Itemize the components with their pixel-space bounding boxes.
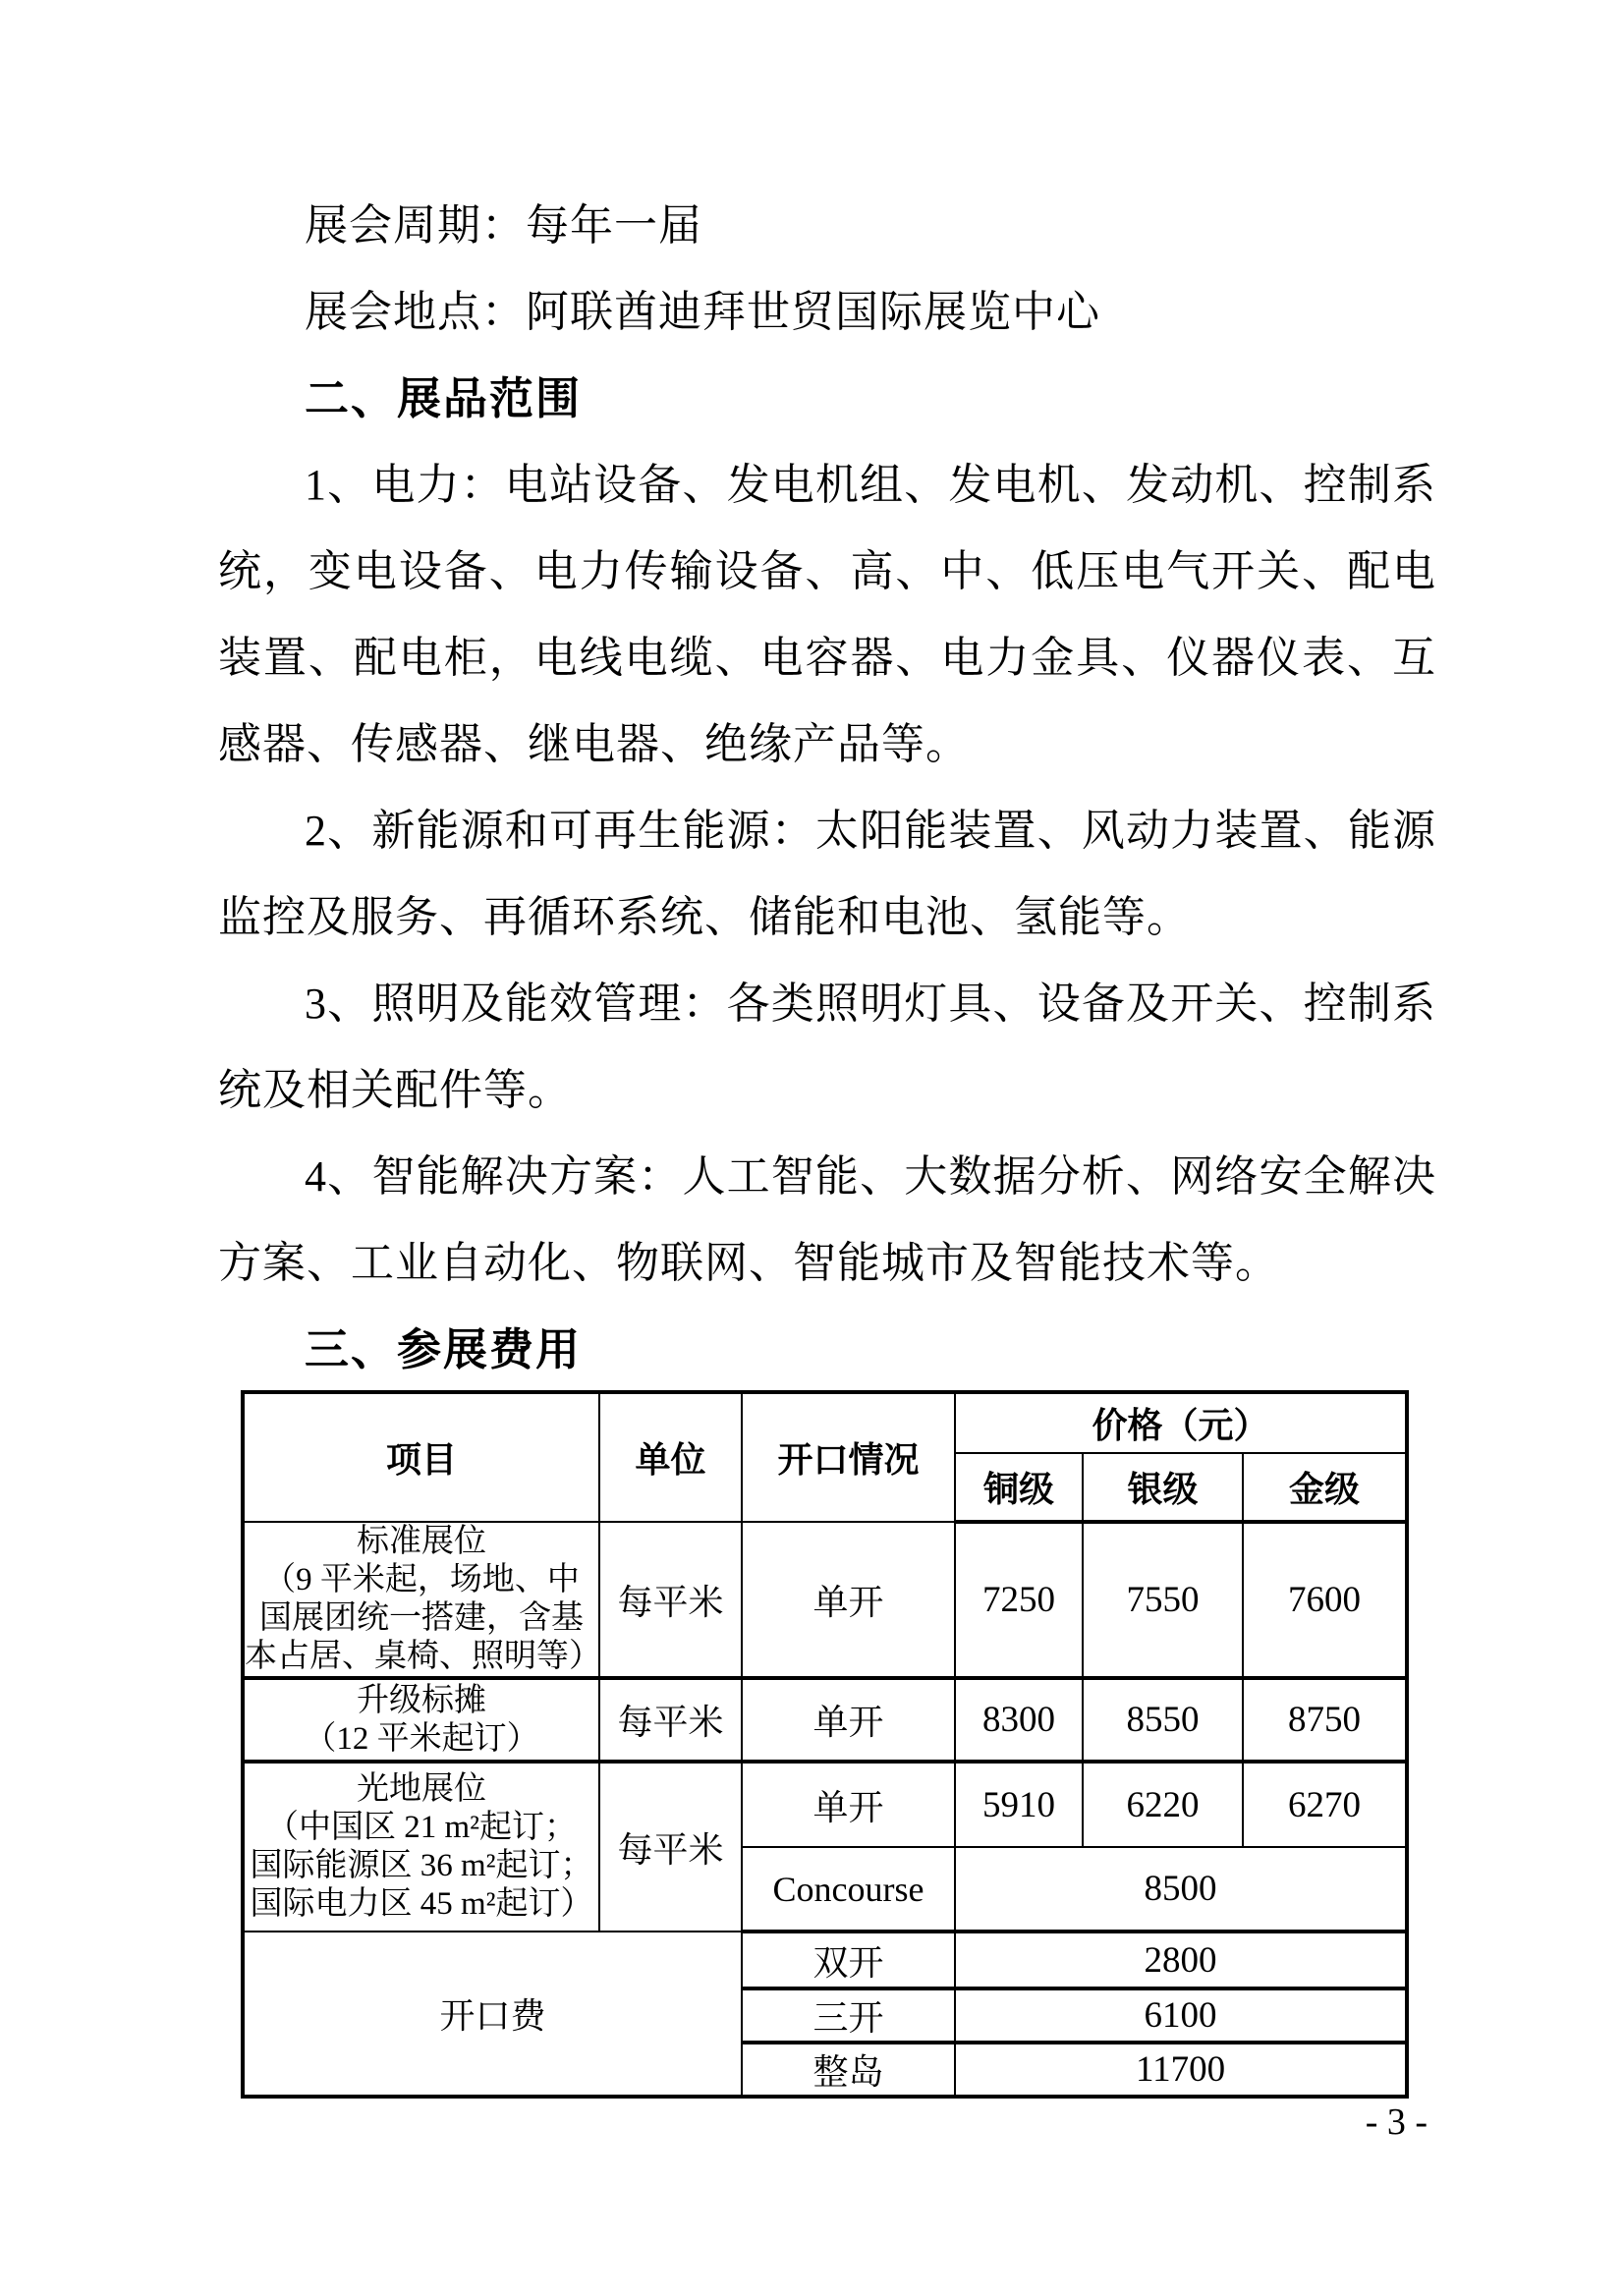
cell-concourse-label: Concourse [742,1847,955,1932]
cell-opening-fee-item: 开口费 [243,1932,742,2097]
table-row-raw-space-single: 光地展位 （中国区 21 m²起订； 国际能源区 36 m²起订； 国际电力区 … [243,1762,1407,1847]
cell-standard-item: 标准展位 （9 平米起，场地、中 国展团统一搭建，含基 本占居、桌椅、照明等） [243,1522,599,1678]
cell-triple-label: 三开 [742,1988,955,2043]
cell-upgraded-unit: 每平米 [599,1678,742,1762]
cell-upgraded-bronze: 8300 [955,1678,1083,1762]
header-cell-price-group: 价格（元） [955,1392,1407,1453]
scope-item-lighting: 3、照明及能效管理：各类照明灯具、设备及开关、控制系统及相关配件等。 [218,961,1436,1134]
scope-item-smart: 4、智能解决方案：人工智能、大数据分析、网络安全解决方案、工业自动化、物联网、智… [218,1134,1436,1307]
cell-island-label: 整岛 [742,2043,955,2097]
header-cell-gold: 金级 [1243,1453,1407,1522]
document-page: 展会周期：每年一届 展会地点：阿联酋迪拜世贸国际展览中心 二、展品范围 1、电力… [0,0,1624,2296]
cell-standard-opening: 单开 [742,1522,955,1678]
cell-upgraded-opening: 单开 [742,1678,955,1762]
section-heading-scope: 二、展品范围 [218,356,1436,442]
cell-triple-price: 6100 [955,1988,1407,2043]
page-number: - 3 - [1366,2093,1428,2152]
header-cell-unit: 单位 [599,1392,742,1522]
cell-upgraded-silver: 8550 [1083,1678,1243,1762]
cell-raw-gold: 6270 [1243,1762,1407,1847]
cell-standard-unit: 每平米 [599,1522,742,1678]
fee-table: 项目 单位 开口情况 价格（元） 铜级 银级 金级 标准展位 （9 平米起，场地… [241,1390,1409,2099]
cell-raw-bronze: 5910 [955,1762,1083,1847]
header-cell-bronze: 铜级 [955,1453,1083,1522]
cell-concourse-price: 8500 [955,1847,1407,1932]
cell-raw-silver: 6220 [1083,1762,1243,1847]
exhibition-location-line: 展会地点：阿联酋迪拜世贸国际展览中心 [218,269,1436,356]
cell-upgraded-gold: 8750 [1243,1678,1407,1762]
table-row-opening-fee-double: 开口费 双开 2800 [243,1932,1407,1988]
cell-standard-bronze: 7250 [955,1522,1083,1678]
cell-raw-opening: 单开 [742,1762,955,1847]
table-header-row-1: 项目 单位 开口情况 价格（元） [243,1392,1407,1453]
table-row-upgraded-booth: 升级标摊 （12 平米起订） 每平米 单开 8300 8550 8750 [243,1678,1407,1762]
cell-raw-item: 光地展位 （中国区 21 m²起订； 国际能源区 36 m²起订； 国际电力区 … [243,1762,599,1932]
scope-item-renewables: 2、新能源和可再生能源：太阳能装置、风动力装置、能源监控及服务、再循环系统、储能… [218,788,1436,961]
exhibition-cycle-line: 展会周期：每年一届 [218,183,1436,269]
cell-double-price: 2800 [955,1932,1407,1988]
header-cell-opening: 开口情况 [742,1392,955,1522]
scope-item-power: 1、电力：电站设备、发电机组、发电机、发动机、控制系统，变电设备、电力传输设备、… [218,442,1436,788]
table-row-standard-booth: 标准展位 （9 平米起，场地、中 国展团统一搭建，含基 本占居、桌椅、照明等） … [243,1522,1407,1678]
section-heading-fees: 三、参展费用 [218,1307,1436,1393]
cell-raw-unit: 每平米 [599,1762,742,1932]
cell-standard-silver: 7550 [1083,1522,1243,1678]
header-cell-item: 项目 [243,1392,599,1522]
cell-island-price: 11700 [955,2043,1407,2097]
body-text-block: 展会周期：每年一届 展会地点：阿联酋迪拜世贸国际展览中心 二、展品范围 1、电力… [218,183,1436,1393]
header-cell-silver: 银级 [1083,1453,1243,1522]
cell-double-label: 双开 [742,1932,955,1988]
cell-standard-gold: 7600 [1243,1522,1407,1678]
cell-upgraded-item: 升级标摊 （12 平米起订） [243,1678,599,1762]
